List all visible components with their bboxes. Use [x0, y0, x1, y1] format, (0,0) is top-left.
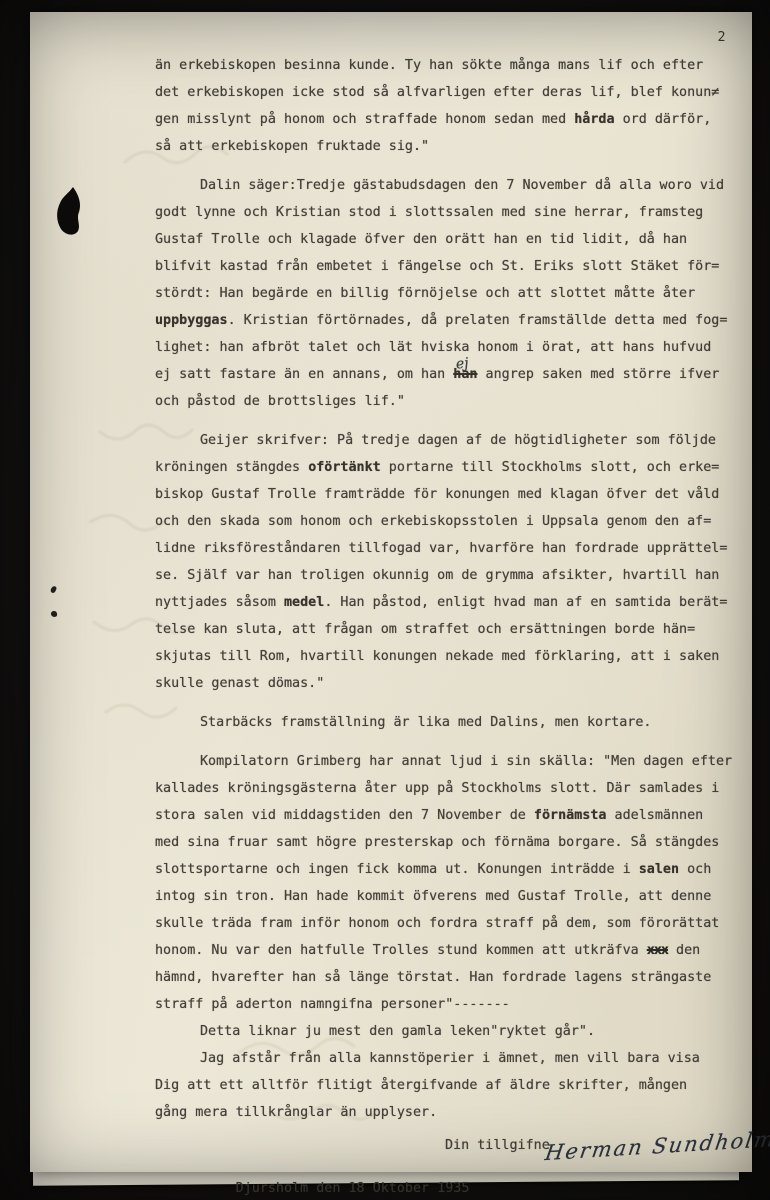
paragraph: Detta liknar ju mest den gamla leken"ryk… — [155, 1018, 728, 1045]
typed-line: Geijer skrifver: På tredje dagen af de h… — [155, 427, 728, 454]
typed-line: biskop Gustaf Trolle framträdde för konu… — [155, 481, 728, 508]
typed-line: Starbäcks framställning är lika med Dali… — [155, 709, 728, 736]
typed-line: skjutas till Rom, hvartill konungen neka… — [155, 643, 728, 670]
paragraph: Starbäcks framställning är lika med Dali… — [155, 709, 728, 736]
typed-line: Gustaf Trolle och klagade öfver den orät… — [155, 226, 728, 253]
typed-line: Dig att ett alltför flitigt återgifvande… — [155, 1072, 728, 1099]
typed-line: ej satt fastare än en annans, om han han… — [155, 361, 728, 388]
typed-line: stördt: Han begärde en billig förnöjelse… — [155, 280, 728, 307]
photo-background: 2 än erkebiskopen besinna kunde. Ty han … — [0, 0, 770, 1200]
overtyped-word: hårda — [574, 112, 614, 127]
typed-line: lidne riksföreståndaren tillfogad var, h… — [155, 535, 728, 562]
typed-line: kröningen stängdes oförtänkt portarne ti… — [155, 454, 728, 481]
typed-line: gång mera tillkrånglar än upplyser. — [155, 1099, 728, 1126]
typed-line: honom. Nu var den hatfulle Trolles stund… — [155, 937, 728, 964]
typed-line: blifvit kastad från embetet i fängelse o… — [155, 253, 728, 280]
overtyped-word: oförtänkt — [308, 460, 381, 475]
typed-line: Kompilatorn Grimberg har annat ljud i si… — [155, 748, 728, 775]
overtyped-word: xxx — [647, 943, 668, 958]
closing-block: Din tillgifne Djursholm den 18 Oktober 1… — [155, 1132, 728, 1175]
typed-line: telse kan sluta, att frågan om straffet … — [155, 616, 728, 643]
paragraph: än erkebiskopen besinna kunde. Ty han sö… — [155, 52, 728, 160]
typed-line: gen misslynt på honom och straffade hono… — [155, 106, 728, 133]
struck-word: hanej — [453, 367, 477, 382]
typed-line: hämnd, hvarefter han så länge törstat. H… — [155, 964, 728, 991]
overtyped-word: medel — [284, 595, 324, 610]
paragraph: Kompilatorn Grimberg har annat ljud i si… — [155, 748, 728, 1018]
typed-line: skulle träda fram inför honom och fordra… — [155, 910, 728, 937]
typed-line: Dalin säger:Tredje gästabudsdagen den 7 … — [155, 172, 728, 199]
typed-body: än erkebiskopen besinna kunde. Ty han sö… — [155, 52, 728, 1175]
typed-line: straff på aderton namngifna personer"---… — [155, 991, 728, 1018]
paragraph: Geijer skrifver: På tredje dagen af de h… — [155, 427, 728, 697]
page-number: 2 — [717, 30, 726, 45]
typed-line: lighet: han afbröt talet och lät hviska … — [155, 334, 728, 361]
date-row: Djursholm den 18 Oktober 1935 Herman Sun… — [155, 1148, 728, 1175]
typed-line: stora salen vid middagstiden den 7 Novem… — [155, 802, 728, 829]
typed-line: intog sin tron. Han hade kommit öfverens… — [155, 883, 728, 910]
typed-line: och den skada som honom och erkebiskopss… — [155, 508, 728, 535]
typed-line: uppbyggas. Kristian förtörnades, då prel… — [155, 307, 728, 334]
typed-line: kallades kröningsgästerna åter upp på St… — [155, 775, 728, 802]
ink-blot — [54, 186, 88, 238]
paragraph: Jag afstår från alla kannstöperier i ämn… — [155, 1045, 728, 1126]
dateline: Djursholm den 18 Oktober 1935 — [236, 1181, 470, 1196]
overtyped-word: förnämsta — [534, 808, 607, 823]
paragraph: Dalin säger:Tredje gästabudsdagen den 7 … — [155, 172, 728, 415]
typed-line: skulle genast dömas." — [155, 670, 728, 697]
typed-line: se. Själf var han troligen okunnig om de… — [155, 562, 728, 589]
margin-mark — [50, 610, 57, 617]
typed-line: godt lynne och Kristian stod i slottssal… — [155, 199, 728, 226]
typed-line: med sina fruar samt högre presterskap oc… — [155, 829, 728, 856]
overtyped-word: salen — [639, 862, 679, 877]
typed-line: slottsportarne och ingen fick komma ut. … — [155, 856, 728, 883]
margin-mark — [50, 585, 57, 593]
typed-line: än erkebiskopen besinna kunde. Ty han sö… — [155, 52, 728, 79]
typed-line: nyttjades såsom medel. Han påstod, enlig… — [155, 589, 728, 616]
typed-line: så att erkebiskopen fruktade sig." — [155, 133, 728, 160]
handwritten-correction: ej — [455, 350, 470, 378]
letter-page: 2 än erkebiskopen besinna kunde. Ty han … — [30, 12, 752, 1172]
typed-line: Detta liknar ju mest den gamla leken"ryk… — [155, 1018, 728, 1045]
typed-line: Jag afstår från alla kannstöperier i ämn… — [155, 1045, 728, 1072]
typed-line: det erkebiskopen icke stod så alfvarlige… — [155, 79, 728, 106]
typed-line: och påstod de brottsliges lif." — [155, 388, 728, 415]
overtyped-word: uppbyggas — [155, 313, 228, 328]
